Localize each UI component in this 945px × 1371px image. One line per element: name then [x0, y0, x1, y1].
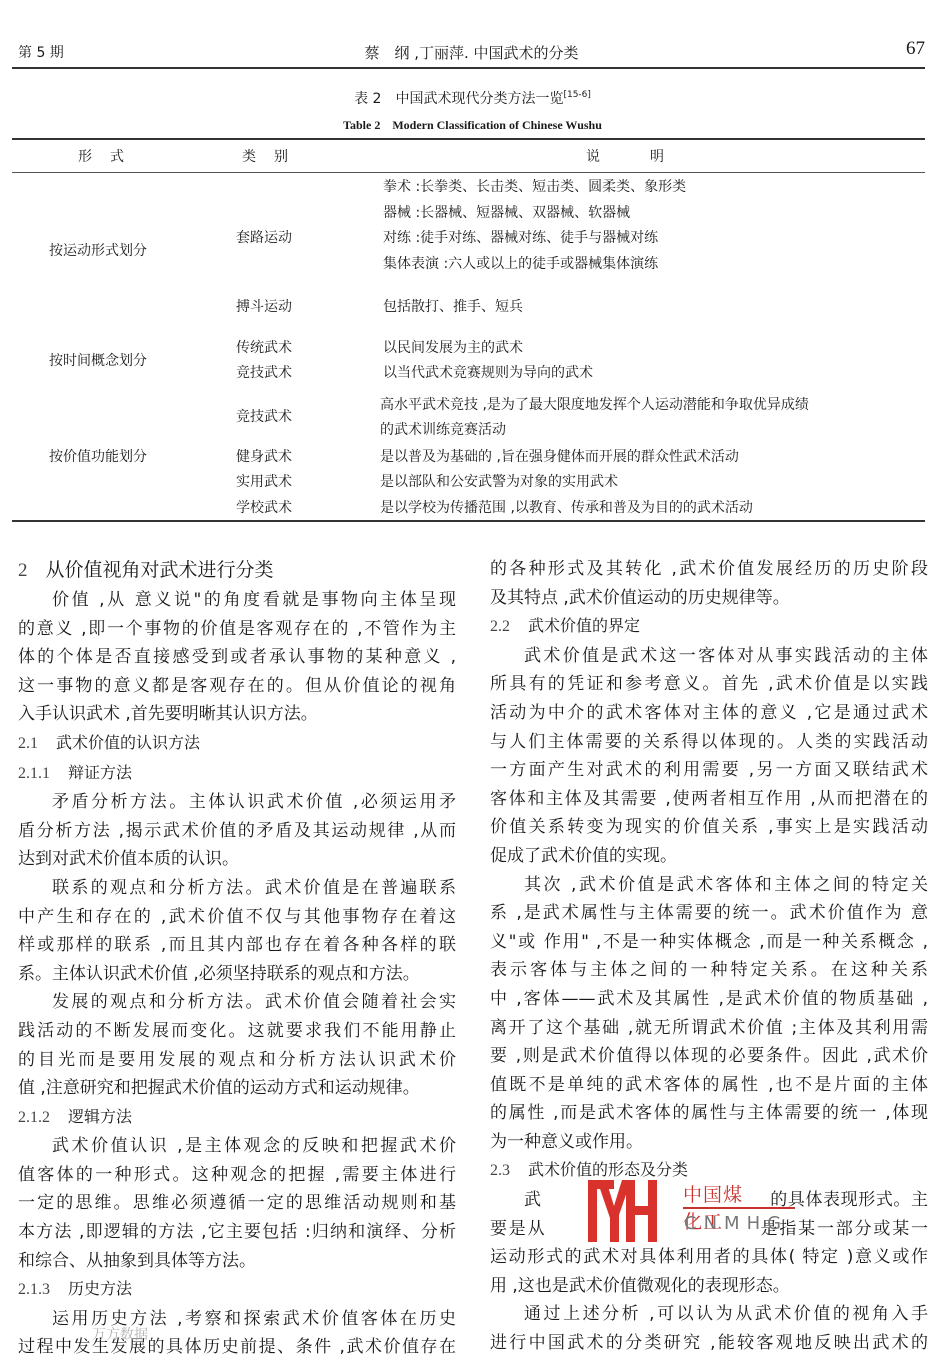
- paragraph-line: 所具有的凭证和参考意义。首先 ,武术价值是以实践: [490, 670, 928, 699]
- paragraph-line: 进行中国武术的分类研究 ,能较客观地反映出武术的: [490, 1329, 928, 1358]
- paragraph-line: 及其特点 ,武术价值运动的历史规律等。: [490, 584, 928, 613]
- paragraph-line: 发展的观点和分析方法。武术价值会随着社会实: [18, 988, 456, 1017]
- table-cell-description: 高水平武术竞技 ,是为了最大限度地发挥个人运动潜能和争取优异成绩: [380, 394, 809, 414]
- paragraph-line: 运用历史方法 ,考察和探索武术价值客体在历史: [18, 1305, 456, 1334]
- running-header: 第 5 期 蔡 纲 ,丁丽萍. 中国武术的分类 67: [18, 38, 925, 66]
- table-cell-description: 是以部队和公安武警为对象的实用武术: [380, 471, 618, 491]
- table-cell-category: 搏斗运动: [236, 296, 292, 316]
- table-cell-description: 器械 :长器械、短器械、双器械、软器械: [383, 202, 630, 222]
- paragraph-line: 的目光而是要用发展的观点和分析方法认识武术价: [18, 1046, 456, 1075]
- table-cell-description: 集体表演 :六人或以上的徒手或器械集体演练: [383, 253, 658, 273]
- paragraph-line: 这一事物的意义都是客观存在的。但从价值论的视角: [18, 672, 456, 701]
- paragraph-line: 与人们主体需要的关系得以体现的。人类的实践活动: [490, 728, 928, 757]
- paragraph-line: 为一种意义或作用。: [490, 1128, 928, 1157]
- paragraph-line: 本方法 ,即逻辑的方法 ,它主要包括 :归纳和演绎、分析: [18, 1218, 456, 1247]
- table-header-rule: [12, 172, 925, 173]
- paragraph-line: 一定的思维。思维必须遵循一定的思维活动规则和基: [18, 1189, 456, 1218]
- running-title: 蔡 纲 ,丁丽萍. 中国武术的分类: [18, 42, 925, 63]
- table-cell-form: 按运动形式划分: [49, 240, 147, 260]
- paragraph-line: 价值 ,从 意义说"的角度看就是事物向主体呈现: [18, 586, 456, 615]
- table-cell-description: 的武术训练竞赛活动: [380, 419, 506, 439]
- table-cell-description: 是以学校为传播范围 ,以教育、传承和普及为目的的武术活动: [380, 497, 753, 517]
- table-caption-en: Table 2 Modern Classification of Chinese…: [0, 116, 945, 133]
- paragraph-line: 的各种形式及其转化 ,武术价值发展经历的历史阶段: [490, 555, 928, 584]
- table-cell-category: 健身武术: [236, 446, 292, 466]
- wanfang-watermark: 万方数据: [92, 1324, 148, 1344]
- table-cell-category: 实用武术: [236, 471, 292, 491]
- table-header-description: 说 明: [586, 146, 666, 166]
- section-heading: 2从价值视角对武术进行分类: [18, 555, 456, 586]
- paragraph-line: 矛盾分析方法。主体认识武术价值 ,必须运用矛: [18, 788, 456, 817]
- paragraph-line: 表示客体与主体之间的一种特定关系。在这种关系: [490, 956, 928, 985]
- paragraph-line: 客体和主体及其需要 ,使两者相互作用 ,从而把潜在的: [490, 785, 928, 814]
- table-cell-category: 竞技武术: [236, 406, 292, 426]
- paragraph-line: 过程中发生发展的具体历史前提、条件 ,武术价值存在: [18, 1333, 456, 1362]
- table-cell-description: 是以普及为基础的 ,旨在强身健体而开展的群众性武术活动: [380, 446, 739, 466]
- citation-ref: [15-6]: [563, 90, 590, 100]
- table-cell-description: 拳术 :长拳类、长击类、短击类、圆柔类、象形类: [383, 176, 686, 196]
- paragraph-line: 用 ,这也是武术价值微观化的表现形态。: [490, 1272, 928, 1301]
- paragraph-line: 联系的观点和分析方法。武术价值是在普遍联系: [18, 874, 456, 903]
- subsubsection-heading: 2.1.2逻辑方法: [18, 1103, 456, 1133]
- table-cell-description: 以民间发展为主的武术: [383, 337, 523, 357]
- table-cell-category: 竞技武术: [236, 362, 292, 382]
- paragraph-line: 中 ,客体——武术及其属性 ,是武术价值的物质基础 ,: [490, 985, 928, 1014]
- paragraph-line: 武术价值认识 ,是主体观念的反映和把握武术价: [18, 1132, 456, 1161]
- table-bottom-rule: [12, 520, 925, 522]
- table-cell-form: 按价值功能划分: [49, 446, 147, 466]
- subsubsection-heading: 2.1.3历史方法: [18, 1275, 456, 1305]
- logo-underline: [683, 1207, 795, 1209]
- paragraph-line: 义"或 作用" ,不是一种实体概念 ,而是一种关系概念 ,: [490, 928, 928, 957]
- table-cell-description: 包括散打、推手、短兵: [383, 296, 523, 316]
- logo-text-en: CNMHG: [684, 1213, 788, 1234]
- paragraph-line: 值客体的一种形式。这种观念的把握 ,需要主体进行: [18, 1161, 456, 1190]
- page-number: 67: [906, 38, 925, 60]
- paragraph-line: 样或那样的联系 ,而且其内部也存在着各种各样的联: [18, 931, 456, 960]
- paragraph-line: 值 ,注意研究和把握武术价值的运动方式和运动规律。: [18, 1074, 456, 1103]
- paragraph-line: 和综合、从抽象到具体等方法。: [18, 1247, 456, 1276]
- paragraph-line: 系。主体认识武术价值 ,必须坚持联系的观点和方法。: [18, 960, 456, 989]
- table-top-rule: [12, 138, 925, 140]
- table-cell-description: 对练 :徒手对练、器械对练、徒手与器械对练: [383, 227, 658, 247]
- paragraph-line: 的意义 ,即一个事物的价值是客观存在的 ,不管作为主: [18, 615, 456, 644]
- paragraph-line: 值既不是单纯的武术客体的属性 ,也不是片面的主体: [490, 1071, 928, 1100]
- paragraph-line: 其次 ,武术价值是武术客体和主体之间的特定关: [490, 871, 928, 900]
- paragraph-line: 要 ,则是武术价值得以体现的必要条件。因此 ,武术价: [490, 1042, 928, 1071]
- paragraph-line: 达到对武术价值本质的认识。: [18, 845, 456, 874]
- table-caption-cn: 表 2 中国武术现代分类方法一览[15-6]: [0, 88, 945, 108]
- paragraph-line: 促成了武术价值的实现。: [490, 842, 928, 871]
- paragraph-line: 系 ,是武术属性与主体需要的统一。武术价值作为 意: [490, 899, 928, 928]
- subsection-heading: 2.1武术价值的认识方法: [18, 729, 456, 759]
- paragraph-line: 价值关系转变为现实的价值关系 ,事实上是实践活动: [490, 813, 928, 842]
- paragraph-line: 运动形式的武术对具体利用者的具体( 特定 )意义或作: [490, 1243, 928, 1272]
- table-cell-category: 学校武术: [236, 497, 292, 517]
- table-cell-category: 套路运动: [236, 227, 292, 247]
- table-cell-description: 以当代武术竞赛规则为导向的武术: [383, 362, 593, 382]
- paragraph-line: 武术价值是武术这一客体对从事实践活动的主体: [490, 642, 928, 671]
- paragraph-line: 体的个体是否直接感受到或者承认事物的某种意义 ,: [18, 643, 456, 672]
- table-cell-form: 按时间概念划分: [49, 350, 147, 370]
- mh-logo-icon: [588, 1180, 668, 1242]
- body-column-left: 2从价值视角对武术进行分类 价值 ,从 意义说"的角度看就是事物向主体呈现 的意…: [18, 555, 456, 1362]
- paragraph-line: 入手认识武术 ,首先要明晰其认识方法。: [18, 700, 456, 729]
- paragraph-line: 一方面产生对武术的利用需要 ,另一方面又联结武术: [490, 756, 928, 785]
- paragraph-line: 践活动的不断发展而变化。这就要求我们不能用静止: [18, 1017, 456, 1046]
- table-header-category: 类 别: [242, 146, 290, 166]
- header-divider: [12, 67, 925, 69]
- paragraph-line: 的属性 ,而是武术客体的属性与主体需要的统一 ,体现: [490, 1099, 928, 1128]
- cnmhg-logo-watermark: 中国煤化工 CNMHG: [588, 1180, 758, 1242]
- paragraph-line: 通过上述分析 ,可以认为从武术价值的视角入手: [490, 1300, 928, 1329]
- paragraph-line: 活动为中介的武术客体对主体的意义 ,它是通过武术: [490, 699, 928, 728]
- subsection-heading: 2.2武术价值的界定: [490, 612, 928, 642]
- paragraph-line: 离开了这个基础 ,就无所谓武术价值 ;主体及其利用需: [490, 1014, 928, 1043]
- paragraph-line: 中产生和存在的 ,武术价值不仅与其他事物存在着这: [18, 903, 456, 932]
- paragraph-line: 盾分析方法 ,揭示武术价值的矛盾及其运动规律 ,从而: [18, 817, 456, 846]
- subsubsection-heading: 2.1.1辩证方法: [18, 759, 456, 789]
- table-header-form: 形 式: [78, 146, 126, 166]
- table-cell-category: 传统武术: [236, 337, 292, 357]
